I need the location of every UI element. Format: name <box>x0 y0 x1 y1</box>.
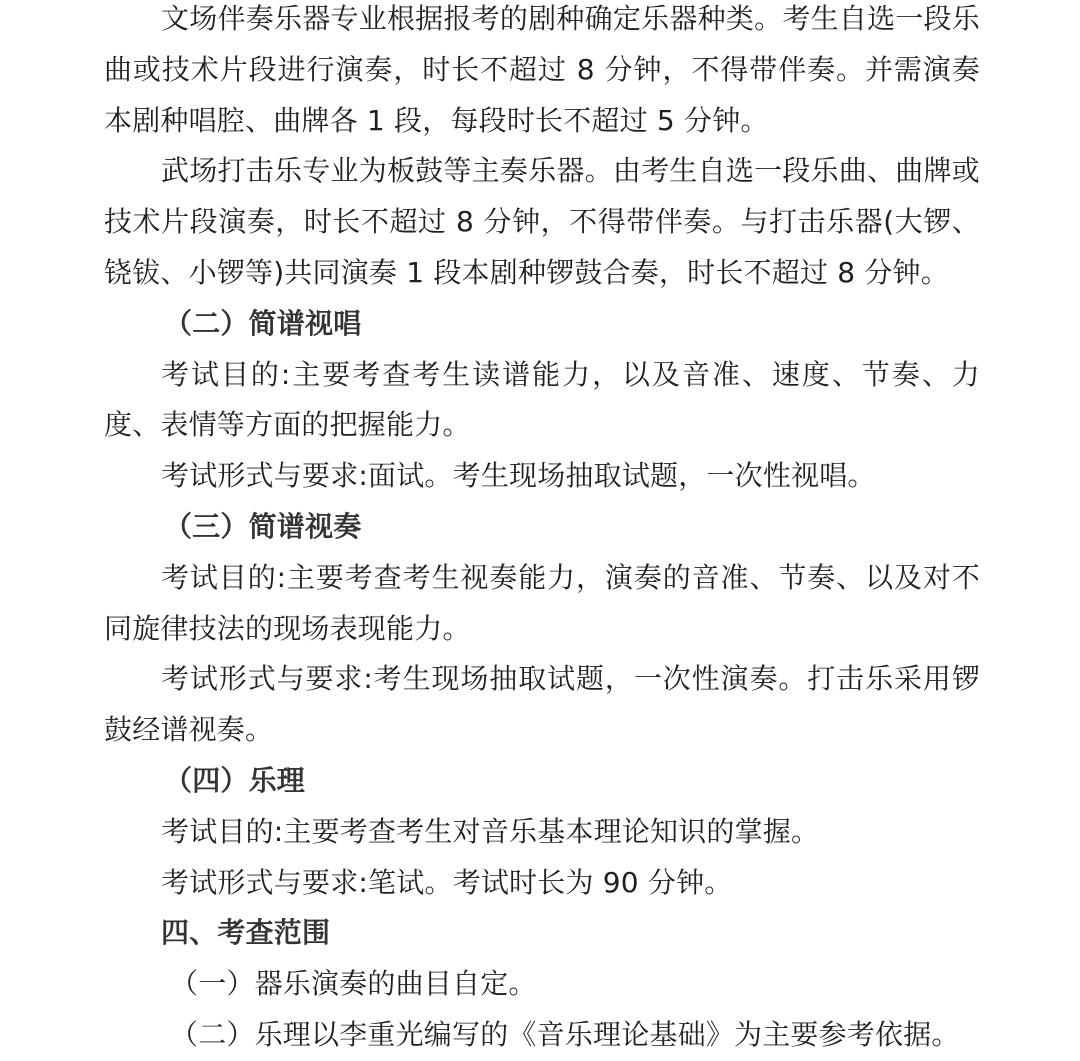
paragraph-wenchang-accompaniment: 文场伴奏乐器专业根据报考的剧种确定乐器种类。考生自选一段乐曲或技术片段进行演奏，… <box>104 0 980 146</box>
text-line: 武场打击乐专业为板鼓等主奏乐器。由考生自选一段乐曲、曲牌 <box>161 154 952 187</box>
text-line: 考试形式与要求:考生现场抽取试题，一次性演奏。打击乐采用锣 <box>161 662 980 695</box>
text-line: 表情等方面的把握能力。 <box>160 408 470 441</box>
paragraph-music-theory-format: 考试形式与要求:笔试。考试时长为 90 分钟。 <box>104 858 980 909</box>
document-body: 文场伴奏乐器专业根据报考的剧种确定乐器种类。考生自选一段乐曲或技术片段进行演奏，… <box>104 0 980 1061</box>
text-line: 考试目的:主要考查考生对音乐基本理论知识的掌握。 <box>161 815 819 848</box>
scope-item-repertoire: （一）器乐演奏的曲目自定。 <box>104 959 980 1010</box>
text-line: 考试形式与要求:面试。考生现场抽取试题，一次性视唱。 <box>161 459 876 492</box>
subheading-sight-singing: （二）简谱视唱 <box>104 299 980 350</box>
text-line: 文场伴奏乐器专业根据报考的剧种确定乐器种类。考生自选一段 <box>161 2 952 35</box>
paragraph-wuchang-percussion: 武场打击乐专业为板鼓等主奏乐器。由考生自选一段乐曲、曲牌或技术片段演奏，时长不超… <box>104 146 980 298</box>
heading-exam-scope: 四、考查范围 <box>104 908 980 959</box>
paragraph-music-theory-purpose: 考试目的:主要考查考生对音乐基本理论知识的掌握。 <box>104 807 980 858</box>
paragraph-sight-playing-purpose: 考试目的:主要考查考生视奏能力，演奏的音准、节奏、以及对不同旋律技法的现场表现能… <box>104 553 980 655</box>
text-line: 铙钹、小锣等)共同演奏 1 段本剧种锣鼓合奏，时长不超过 8 分钟。 <box>104 256 949 289</box>
scope-item-theory-reference: （二）乐理以李重光编写的《音乐理论基础》为主要参考依据。 <box>104 1010 980 1061</box>
subheading-music-theory: （四）乐理 <box>104 756 980 807</box>
text-line: 考试目的:主要考查考生视奏能力，演奏的音准、节奏、以及对不 <box>161 561 980 594</box>
text-line: 考试形式与要求:笔试。考试时长为 90 分钟。 <box>161 866 732 899</box>
subheading-sight-playing: （三）简谱视奏 <box>104 502 980 553</box>
paragraph-sight-singing-format: 考试形式与要求:面试。考生现场抽取试题，一次性视唱。 <box>104 451 980 502</box>
paragraph-sight-playing-format: 考试形式与要求:考生现场抽取试题，一次性演奏。打击乐采用锣鼓经谱视奏。 <box>104 654 980 756</box>
text-line: 同旋律技法的现场表现能力。 <box>104 612 471 645</box>
paragraph-sight-singing-purpose: 考试目的:主要考查考生读谱能力，以及音准、速度、节奏、力度、表情等方面的把握能力… <box>104 350 980 452</box>
text-line: 鼓经谱视奏。 <box>104 713 273 746</box>
